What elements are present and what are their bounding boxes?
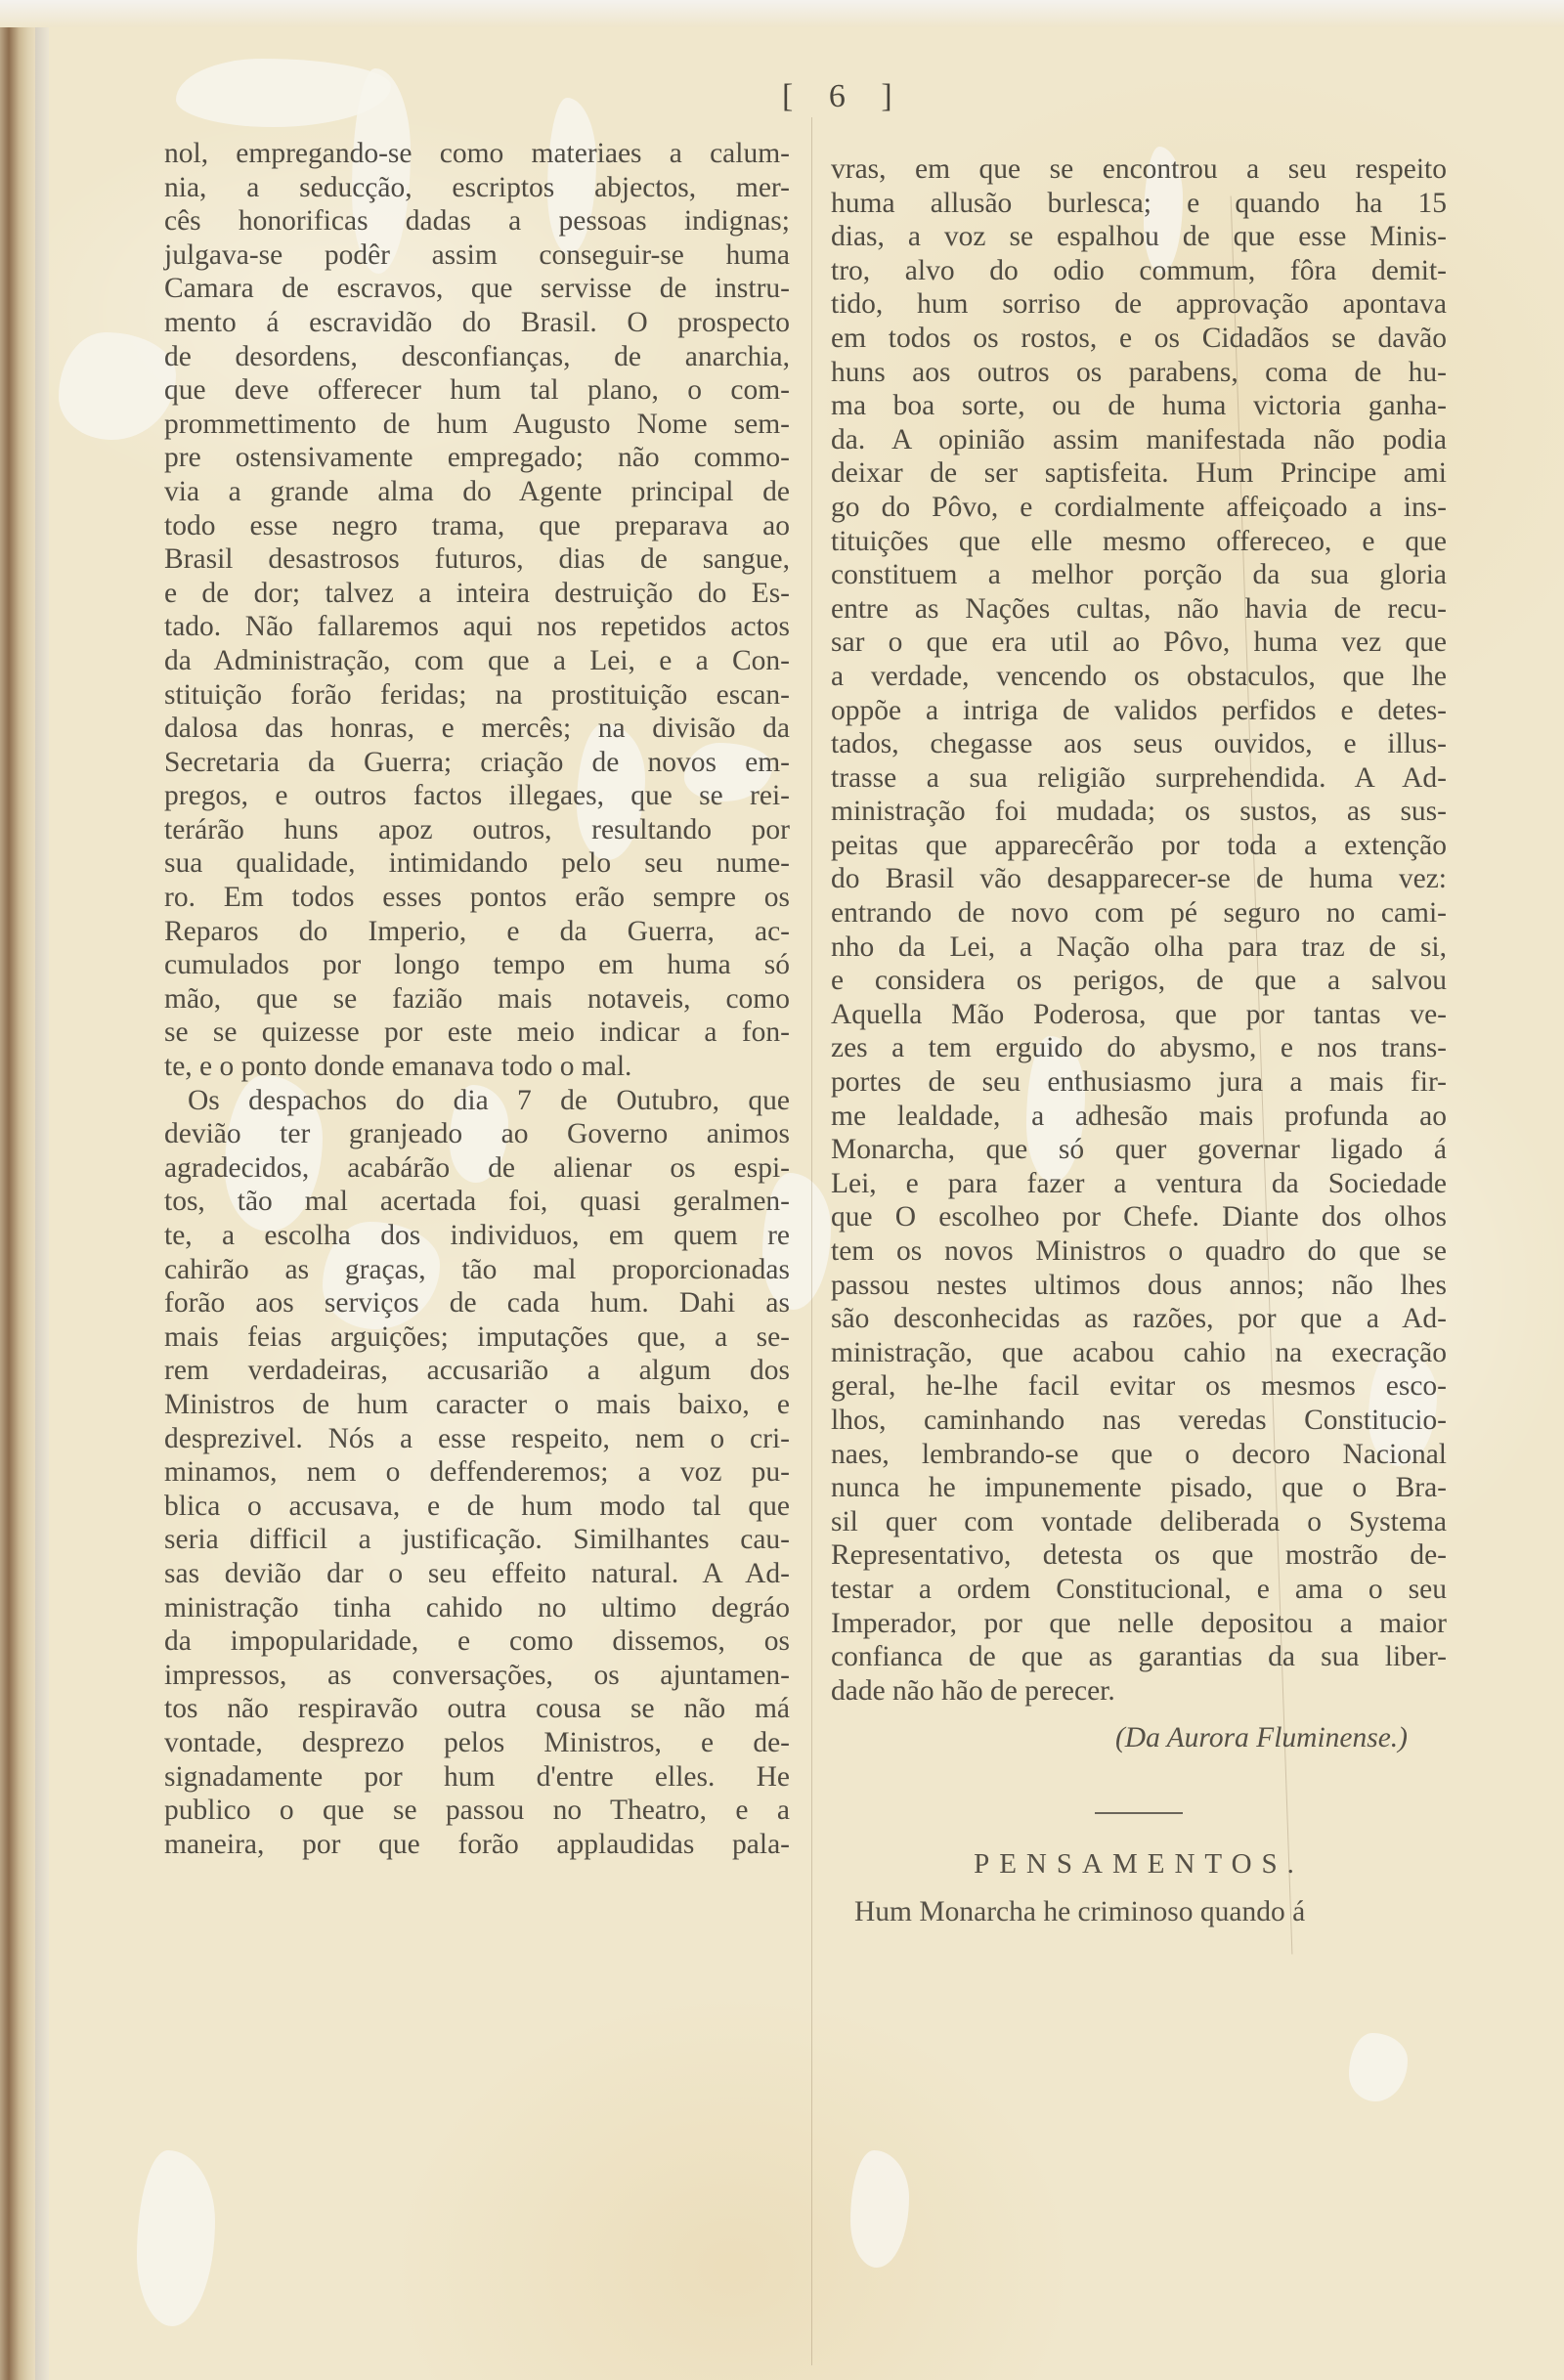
text-line: testar a ordem Constitucional, e ama o s… bbox=[831, 1573, 1447, 1607]
text-line: publico o que se passou no Theatro, e a bbox=[164, 1794, 790, 1828]
text-line: Representativo, detesta os que mostrão d… bbox=[831, 1538, 1447, 1573]
page-number: [ 6 ] bbox=[782, 78, 906, 115]
text-line: ro. Em todos esses pontos erão sempre os bbox=[164, 881, 790, 915]
text-line: cumulados por longo tempo em huma só bbox=[164, 948, 790, 982]
text-line: todo esse negro trama, que preparava ao bbox=[164, 509, 790, 543]
text-line: da impopularidade, e como dissemos, os bbox=[164, 1624, 790, 1659]
text-line: são desconhecidas as razões, por que a A… bbox=[831, 1302, 1447, 1336]
text-line: e de dor; talvez a inteira destruição do… bbox=[164, 577, 790, 611]
text-line: ministração, que acabou cahio na execraç… bbox=[831, 1336, 1447, 1370]
text-line: cês honorificas dadas a pessoas indignas… bbox=[164, 204, 790, 238]
text-line: de desordens, desconfianças, de anarchia… bbox=[164, 340, 790, 374]
text-line: tos, tão mal acertada foi, quasi geralme… bbox=[164, 1185, 790, 1219]
text-line: do Brasil vão desapparecer-se de huma ve… bbox=[831, 862, 1447, 896]
text-line: te, e o ponto donde emanava todo o mal. bbox=[164, 1050, 790, 1084]
text-line: huns aos outros os parabens, coma de hu- bbox=[831, 356, 1447, 390]
text-line: Lei, e para fazer a ventura da Sociedade bbox=[831, 1167, 1447, 1201]
source-attribution: (Da Aurora Fluminense.) bbox=[831, 1721, 1447, 1755]
right-column-body: vras, em que se encontrou a seu respeito… bbox=[831, 152, 1447, 1708]
text-line: ministração tinha cahido no ultimo degrá… bbox=[164, 1591, 790, 1625]
text-line: tem os novos Ministros o quadro do que s… bbox=[831, 1234, 1447, 1269]
text-line: te, a escolha dos individuos, em quem re bbox=[164, 1219, 790, 1253]
text-line: vras, em que se encontrou a seu respeito bbox=[831, 152, 1447, 187]
text-line: cahirão as graças, tão mal proporcionada… bbox=[164, 1253, 790, 1287]
text-line: Imperador, por que nelle depositou a mai… bbox=[831, 1607, 1447, 1641]
text-line: da Administração, com que a Lei, e a Con… bbox=[164, 644, 790, 678]
text-line: entre as Nações cultas, não havia de rec… bbox=[831, 592, 1447, 627]
text-line: trasse a sua religião surprehendida. A A… bbox=[831, 761, 1447, 796]
text-line: me lealdade, a adhesão mais profunda ao bbox=[831, 1100, 1447, 1134]
text-line: nunca he impunemente pisado, que o Bra- bbox=[831, 1471, 1447, 1505]
text-line: forão aos serviços de cada hum. Dahi as bbox=[164, 1286, 790, 1320]
text-line: rem verdadeiras, accusarião a algum dos bbox=[164, 1354, 790, 1388]
text-line: entrando de novo com pé seguro no cami- bbox=[831, 896, 1447, 930]
text-line: portes de seu enthusiasmo jura a mais fi… bbox=[831, 1065, 1447, 1100]
section-heading: PENSAMENTOS. bbox=[831, 1847, 1447, 1882]
text-line: mento á escravidão do Brasil. O prospect… bbox=[164, 306, 790, 340]
text-line: mão, que se fazião mais notaveis, como bbox=[164, 982, 790, 1017]
text-line: que deve offerecer hum tal plano, o com- bbox=[164, 373, 790, 408]
text-line: Monarcha, que só quer governar ligado á bbox=[831, 1133, 1447, 1167]
top-margin-gap bbox=[0, 0, 1564, 27]
text-line: em todos os rostos, e os Cidadãos se dav… bbox=[831, 322, 1447, 356]
text-line: pregos, e outros factos illegaes, que se… bbox=[164, 779, 790, 813]
text-line: peitas que apparecêrão por toda a extenç… bbox=[831, 829, 1447, 863]
text-line: naes, lembrando-se que o decoro Nacional bbox=[831, 1438, 1447, 1472]
text-line: prommettimento de hum Augusto Nome sem- bbox=[164, 408, 790, 442]
text-line: se se quizesse por este meio indicar a f… bbox=[164, 1016, 790, 1050]
section-divider bbox=[1095, 1812, 1183, 1814]
text-line: agradecidos, acabárão de alienar os espi… bbox=[164, 1151, 790, 1186]
text-line: ma boa sorte, ou de huma victoria ganha- bbox=[831, 389, 1447, 423]
text-line: huma allusão burlesca; e quando ha 15 bbox=[831, 187, 1447, 221]
text-line: e considera os perigos, de que a salvou bbox=[831, 964, 1447, 998]
book-binding bbox=[0, 0, 35, 2380]
section-first-line: Hum Monarcha he criminoso quando á bbox=[831, 1895, 1447, 1929]
text-line: sua qualidade, intimidando pelo seu nume… bbox=[164, 846, 790, 881]
text-line: dias, a voz se espalhou de que esse Mini… bbox=[831, 220, 1447, 254]
text-line: seria difficil a justificação. Similhant… bbox=[164, 1523, 790, 1557]
text-line: passou nestes ultimos dous annos; não lh… bbox=[831, 1269, 1447, 1303]
text-line: devião ter granjeado ao Governo animos bbox=[164, 1117, 790, 1151]
text-line: ministração foi mudada; os sustos, as su… bbox=[831, 795, 1447, 829]
text-line: oppõe a intriga de validos perfidos e de… bbox=[831, 694, 1447, 728]
left-text-column: nol, empregando-se como materiaes a calu… bbox=[164, 137, 790, 1861]
text-line: Brasil desastrosos futuros, dias de sang… bbox=[164, 542, 790, 577]
text-line: signadamente por hum d'entre elles. He bbox=[164, 1760, 790, 1795]
text-line: confianca de que as garantias da sua lib… bbox=[831, 1640, 1447, 1674]
text-line: nol, empregando-se como materiaes a calu… bbox=[164, 137, 790, 171]
text-line: blica o accusava, e de hum modo tal que bbox=[164, 1490, 790, 1524]
text-line: stituição forão feridas; na prostituição… bbox=[164, 678, 790, 713]
text-line: nia, a seducção, escriptos abjectos, mer… bbox=[164, 171, 790, 205]
text-line: minamos, nem o deffenderemos; a voz pu- bbox=[164, 1455, 790, 1490]
text-line: tados, chegasse aos seus ouvidos, e illu… bbox=[831, 727, 1447, 761]
text-line: vontade, desprezo pelos Ministros, e de- bbox=[164, 1726, 790, 1760]
text-line: a verdade, vencendo os obstaculos, que l… bbox=[831, 660, 1447, 694]
text-line: mais feias arguições; imputações que, a … bbox=[164, 1320, 790, 1355]
text-line: zes a tem erguido do abysmo, e nos trans… bbox=[831, 1031, 1447, 1065]
text-line: deixar de ser saptisfeita. Hum Principe … bbox=[831, 456, 1447, 491]
text-line: go do Pôvo, e cordialmente affeiçoado a … bbox=[831, 491, 1447, 525]
text-line: Secretaria da Guerra; criação de novos e… bbox=[164, 746, 790, 780]
text-line: que O escolheo por Chefe. Diante dos olh… bbox=[831, 1200, 1447, 1234]
text-line: geral, he-lhe facil evitar os mesmos esc… bbox=[831, 1369, 1447, 1404]
text-line: da. A opinião assim manifestada não podi… bbox=[831, 423, 1447, 457]
text-line: sil quer com vontade deliberada o System… bbox=[831, 1505, 1447, 1539]
text-line: tituições que elle mesmo offereceo, e qu… bbox=[831, 525, 1447, 559]
text-line: desprezivel. Nós a esse respeito, nem o … bbox=[164, 1422, 790, 1456]
text-line: tos não respiravão outra cousa se não má bbox=[164, 1692, 790, 1726]
text-line: Ministros de hum caracter o mais baixo, … bbox=[164, 1388, 790, 1422]
text-line: nho da Lei, a Nação olha para traz de si… bbox=[831, 930, 1447, 965]
text-line: tro, alvo do odio commum, fôra demit- bbox=[831, 254, 1447, 288]
text-line: constituem a melhor porção da sua gloria bbox=[831, 558, 1447, 592]
text-line: Aquella Mão Poderosa, que por tantas ve- bbox=[831, 998, 1447, 1032]
text-line: pre ostensivamente empregado; não commo- bbox=[164, 441, 790, 475]
paper-crease bbox=[811, 117, 812, 2365]
text-line: sar o que era util ao Pôvo, huma vez que bbox=[831, 626, 1447, 660]
text-line: terárão huns apoz outros, resultando por bbox=[164, 813, 790, 847]
text-line: julgava-se podêr assim conseguir-se huma bbox=[164, 238, 790, 273]
text-line: tado. Não fallaremos aqui nos repetidos … bbox=[164, 610, 790, 644]
text-line: via a grande alma do Agente principal de bbox=[164, 475, 790, 509]
text-line: Os despachos do dia 7 de Outubro, que bbox=[164, 1084, 790, 1118]
text-line: dade não hão de perecer. bbox=[831, 1674, 1447, 1709]
text-line: maneira, por que forão applaudidas pala- bbox=[164, 1828, 790, 1862]
right-text-column: vras, em que se encontrou a seu respeito… bbox=[831, 152, 1447, 1928]
text-line: Reparos do Imperio, e da Guerra, ac- bbox=[164, 915, 790, 949]
text-line: lhos, caminhando nas veredas Constitucio… bbox=[831, 1404, 1447, 1438]
text-line: sas devião dar o seu effeito natural. A … bbox=[164, 1557, 790, 1591]
text-line: Camara de escravos, que servisse de inst… bbox=[164, 272, 790, 306]
text-line: dalosa das honras, e mercês; na divisão … bbox=[164, 712, 790, 746]
text-line: impressos, as conversações, os ajuntamen… bbox=[164, 1659, 790, 1693]
text-line: tido, hum sorriso de approvação apontava bbox=[831, 287, 1447, 322]
